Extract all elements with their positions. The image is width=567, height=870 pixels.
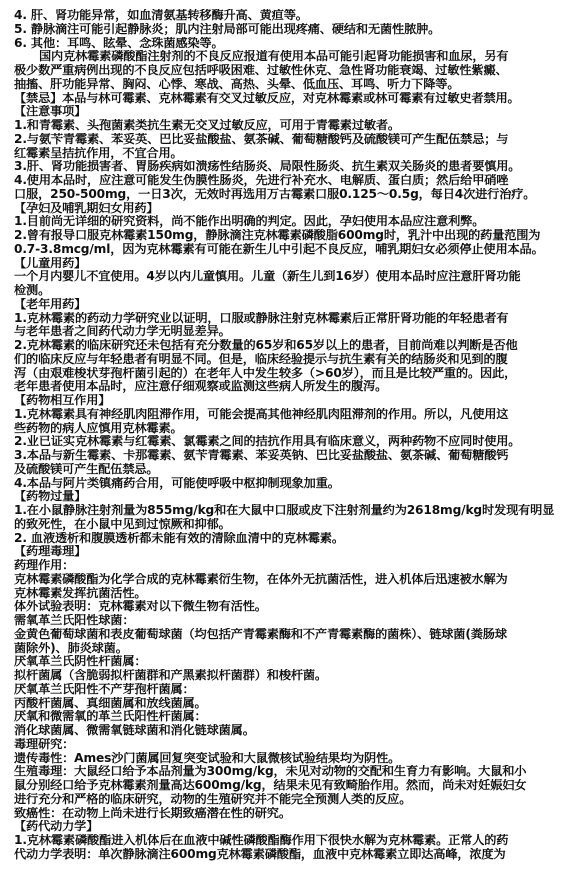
section-heading: 【药物过量】 xyxy=(14,490,559,504)
text-line: 口服，250-500mg，一日3次，无效时再选用万古霉素口服0.125～0.5g… xyxy=(14,188,559,202)
section-heading: 【药代动力学】 xyxy=(14,820,559,834)
text-line: 极少数严重病例出现的不良反应包括呼吸困难、过敏性休克、急性肾功能衰竭、过敏性紫癜… xyxy=(14,64,559,78)
text-line: 遗传毒性：Ames沙门菌属回复突变试验和大鼠微核试验结果均为阴性。 xyxy=(14,752,559,766)
text-line: 厌氧和微需氧的革兰氏阳性杆菌属： xyxy=(14,710,559,724)
text-line: 菌除外)、肺炎球菌。 xyxy=(14,642,559,656)
section-heading: 【药理毒理】 xyxy=(14,545,559,559)
text-line: 拟杆菌属（含脆弱拟杆菌群和产黑素拟杆菌群）和梭杆菌。 xyxy=(14,669,559,683)
text-line: 体外试验表明：克林霉素对以下微生物有活性。 xyxy=(14,600,559,614)
text-line: 1.和青霉素、头孢菌素类抗生素无交叉过敏反应，可用于青霉素过敏者。 xyxy=(14,119,559,133)
text-line: 检测。 xyxy=(14,284,559,298)
text-line: 泻（由艰难梭状芽孢杆菌引起的）在老年人中发生较多（>60岁），而且是比较严重的。… xyxy=(14,367,559,381)
text-line: 1.克林霉素具有神经肌肉阻滞作用，可能会提高其他神经肌肉阻滞剂的作用。所以，凡使… xyxy=(14,408,559,422)
text-line: 与老年患者之间药代动力学无明显差异。 xyxy=(14,325,559,339)
text-line: 红霉素呈拮抗作用，不宜合用。 xyxy=(14,147,559,161)
text-line: 抽搐、肝功能异常、胸闷、心悸、寒战、高热、头晕、低血压、耳鸣、听力下降等。 xyxy=(14,78,559,92)
text-line: 需氧革兰氏阳性球菌： xyxy=(14,614,559,628)
text-line: 一个月内婴儿不宜使用。4岁以内儿童慎用。儿童（新生儿到16岁）使用本品时应注意肝… xyxy=(14,270,559,284)
text-line: 的致死性，在小鼠中见到过惊厥和抑郁。 xyxy=(14,518,559,532)
text-line: 药理作用： xyxy=(14,559,559,573)
text-line: 4. 肝、肾功能异常，如血清氨基转移酶升高、黄疸等。 xyxy=(14,9,559,23)
text-line: 5. 静脉滴注可能引起静脉炎；肌内注射局部可能出现疼痛、硬结和无菌性脓肿。 xyxy=(14,23,559,37)
section-heading: 【注意事项】 xyxy=(14,105,559,119)
text-line: 厌氧革兰氏阳性不产芽孢杆菌属： xyxy=(14,683,559,697)
text-line: 2. 血液透析和腹膜透析都未能有效的清除血清中的克林霉素。 xyxy=(14,532,559,546)
text-line: 1.克林霉素的药动力学研究业以证明，口服或静脉注射克林霉素后正常肝肾功能的年轻患… xyxy=(14,312,559,326)
text-line: 【禁忌】本品与林可霉素、克林霉素有交叉过敏反应，对克林霉素或林可霉素有过敏史者禁… xyxy=(14,92,559,106)
text-line: 1.在小鼠静脉注射剂量为855mg/kg和在大鼠中口服或皮下注射剂量约为2618… xyxy=(14,504,559,518)
text-line: 3.肝、肾功能损害者、胃肠疾病如溃疡性结肠炎、局限性肠炎、抗生素双关肠炎的患者要… xyxy=(14,160,559,174)
text-line: 克林霉素发挥抗菌活性。 xyxy=(14,587,559,601)
text-line: 克林霉素磷酸酯为化学合成的克林霉素衍生物，在体外无抗菌活性，进入机体后迅速被水解… xyxy=(14,573,559,587)
text-line: 2.克林霉素的临床研究还未包括有充分数量的65岁和65岁以上的患者，目前尚难以判… xyxy=(14,339,559,353)
text-line: 4.使用本品时，应注意可能发生伪膜性肠炎，先进行补充水、电解质、蛋白质；然后给甲… xyxy=(14,174,559,188)
text-line: 消化球菌属、微需氧链球菌和消化链球菌属。 xyxy=(14,724,559,738)
text-line: 们的临床反应与年轻患者有明显不同。但是，临床经验提示与抗生素有关的结肠炎和见到的… xyxy=(14,353,559,367)
text-line: 3.本品与新生霉素、卡那霉素、氨苄青霉素、苯妥英钠、巴比妥盐酸盐、氨茶碱、葡萄糖… xyxy=(14,449,559,463)
text-line: 2.业已证实克林霉素与红霉素、氯霉素之间的拮抗作用具有临床意义，两种药物不应同时… xyxy=(14,435,559,449)
text-line: 老年患者使用本品时，应注意仔细观察或监测这些病人所发生的腹泻。 xyxy=(14,380,559,394)
text-line: 些药物的病人应慎用克林霉素。 xyxy=(14,422,559,436)
text-line: 生殖毒理：大鼠经口给予本品剂量为300mg/kg，未见对动物的交配和生育力有影响… xyxy=(14,765,559,779)
text-line: 代动力学表明：单次静脉滴注600mg克林霉素磷酸酯，血液中克林霉素立即达高峰，浓… xyxy=(14,848,559,862)
text-line: 0.7-3.8mcg/ml，因为克林霉素有可能在新生儿中引起不良反应，哺乳期妇女… xyxy=(14,243,559,257)
section-heading: 【老年用药】 xyxy=(14,298,559,312)
section-heading: 【儿童用药】 xyxy=(14,257,559,271)
text-line: 4.本品与阿片类镇痛药合用，可能使呼吸中枢抑制现象加重。 xyxy=(14,477,559,491)
text-line: 厌氧革兰氏阴性杆菌属： xyxy=(14,655,559,669)
document-page: 4. 肝、肾功能异常，如血清氨基转移酶升高、黄疸等。5. 静脉滴注可能引起静脉炎… xyxy=(0,0,567,870)
text-line: 2.与氨苄青霉素、苯妥英、巴比妥盐酸盐、氨茶碱、葡萄糖酸钙及硫酸镁可产生配伍禁忌… xyxy=(14,133,559,147)
section-heading: 【孕妇及哺乳期妇女用药】 xyxy=(14,202,559,216)
text-line: 1.克林霉素磷酸酯进入机体后在血液中碱性磷酸酯酶作用下很快水解为克林霉素。正常人… xyxy=(14,834,559,848)
section-heading: 【药物相互作用】 xyxy=(14,394,559,408)
text-line: 1.目前尚无详细的研究资料，尚不能作出明确的判定。因此，孕妇使用本品应注意利弊。 xyxy=(14,215,559,229)
text-line: 金黄色葡萄球菌和表皮葡萄球菌（均包括产青霉素酶和不产青霉素酶的菌株）、链球菌(粪… xyxy=(14,628,559,642)
text-line: 国内克林霉素磷酸酯注射剂的不良反应报道有使用本品可能引起肾功能损害和血尿，另有 xyxy=(14,50,559,64)
text-line: 丙酸杆菌属、真细菌属和放线菌属。 xyxy=(14,697,559,711)
text-line: 及硫酸镁可产生配伍禁忌。 xyxy=(14,463,559,477)
text-line: 进行充分和严格的临床研究，动物的生殖研究并不能完全预测人类的反应。 xyxy=(14,793,559,807)
text-line: 6. 其他：耳鸣、眩晕、念珠菌感染等。 xyxy=(14,37,559,51)
text-line: 鼠分别经口给予克林霉素剂量高达600mg/kg，结果未见有致畸胎作用。然而，尚未… xyxy=(14,779,559,793)
text-line: 毒理研究： xyxy=(14,738,559,752)
text-line: 2.曾有报导口服克林霉素150mg，静脉滴注克林霉素磷酸脂600mg时，乳汁中出… xyxy=(14,229,559,243)
text-line: 致癌性：在动物上尚未进行长期致癌潜在性的研究。 xyxy=(14,807,559,821)
